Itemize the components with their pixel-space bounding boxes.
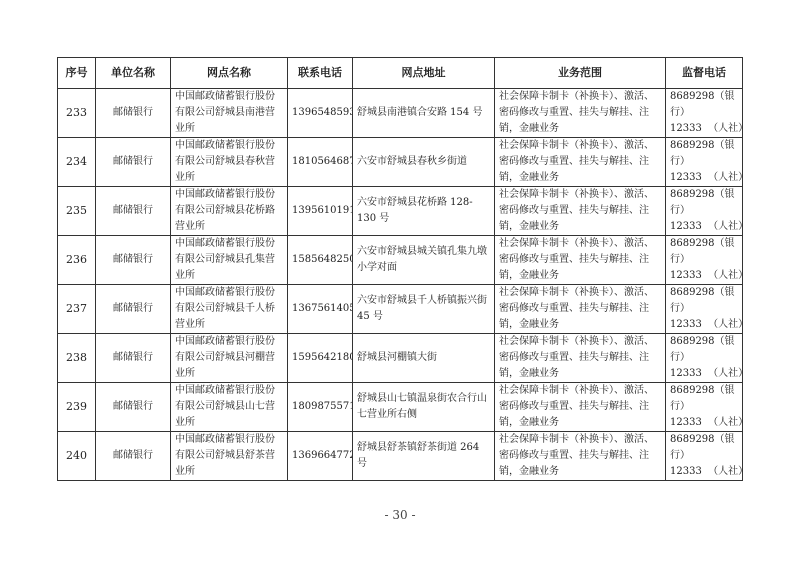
cell-phone: 15856482509 bbox=[288, 236, 353, 285]
cell-branch: 中国邮政储蓄银行股份有限公司舒城县河棚营业所 bbox=[171, 334, 288, 383]
table-row: 237邮储银行中国邮政储蓄银行股份有限公司舒城县千人桥营业所1367561405… bbox=[58, 285, 743, 334]
cell-unit: 邮储银行 bbox=[96, 285, 171, 334]
cell-branch: 中国邮政储蓄银行股份有限公司舒城县花桥路营业所 bbox=[171, 187, 288, 236]
cell-seq: 233 bbox=[58, 89, 96, 138]
cell-phone: 13675614056 bbox=[288, 285, 353, 334]
cell-seq: 240 bbox=[58, 432, 96, 481]
cell-address: 六安市舒城县花桥路 128-130 号 bbox=[353, 187, 495, 236]
supervise-hr: 12333 （人社） bbox=[670, 366, 738, 382]
cell-unit: 邮储银行 bbox=[96, 89, 171, 138]
service-outlets-table: 序号 单位名称 网点名称 联系电话 网点地址 业务范围 监督电话 233邮储银行… bbox=[57, 57, 743, 481]
cell-unit: 邮储银行 bbox=[96, 187, 171, 236]
cell-address: 舒城县山七镇温泉街农合行山七营业所右侧 bbox=[353, 383, 495, 432]
cell-phone: 15956421809 bbox=[288, 334, 353, 383]
table-row: 233邮储银行中国邮政储蓄银行股份有限公司舒城县南港营业所13965485934… bbox=[58, 89, 743, 138]
cell-seq: 235 bbox=[58, 187, 96, 236]
cell-supervise: 8689298（银行）12333 （人社） bbox=[666, 89, 743, 138]
supervise-hr: 12333 （人社） bbox=[670, 219, 738, 235]
header-unit: 单位名称 bbox=[96, 58, 171, 89]
cell-branch: 中国邮政储蓄银行股份有限公司舒城县春秋营业所 bbox=[171, 138, 288, 187]
header-seq: 序号 bbox=[58, 58, 96, 89]
cell-supervise: 8689298（银行）12333 （人社） bbox=[666, 138, 743, 187]
table-row: 239邮储银行中国邮政储蓄银行股份有限公司舒城县山七营业所18098755711… bbox=[58, 383, 743, 432]
cell-unit: 邮储银行 bbox=[96, 432, 171, 481]
header-address: 网点地址 bbox=[353, 58, 495, 89]
supervise-hr: 12333 （人社） bbox=[670, 121, 738, 137]
cell-scope: 社会保障卡制卡（补换卡）、激活、密码修改与重置、挂失与解挂、注销，金融业务 bbox=[495, 187, 666, 236]
cell-seq: 234 bbox=[58, 138, 96, 187]
cell-scope: 社会保障卡制卡（补换卡）、激活、密码修改与重置、挂失与解挂、注销，金融业务 bbox=[495, 285, 666, 334]
supervise-hr: 12333 （人社） bbox=[670, 170, 738, 186]
supervise-bank: 8689298（银行） bbox=[670, 285, 738, 317]
table-row: 240邮储银行中国邮政储蓄银行股份有限公司舒城县舒茶营业所13696647726… bbox=[58, 432, 743, 481]
cell-branch: 中国邮政储蓄银行股份有限公司舒城县舒茶营业所 bbox=[171, 432, 288, 481]
header-branch: 网点名称 bbox=[171, 58, 288, 89]
supervise-bank: 8689298（银行） bbox=[670, 236, 738, 268]
cell-address: 六安市舒城县春秋乡街道 bbox=[353, 138, 495, 187]
cell-address: 舒城县南港镇合安路 154 号 bbox=[353, 89, 495, 138]
cell-scope: 社会保障卡制卡（补换卡）、激活、密码修改与重置、挂失与解挂、注销，金融业务 bbox=[495, 236, 666, 285]
header-row: 序号 单位名称 网点名称 联系电话 网点地址 业务范围 监督电话 bbox=[58, 58, 743, 89]
cell-phone: 13696647726 bbox=[288, 432, 353, 481]
cell-scope: 社会保障卡制卡（补换卡）、激活、密码修改与重置、挂失与解挂、注销，金融业务 bbox=[495, 383, 666, 432]
supervise-bank: 8689298（银行） bbox=[670, 138, 738, 170]
cell-unit: 邮储银行 bbox=[96, 138, 171, 187]
cell-scope: 社会保障卡制卡（补换卡）、激活、密码修改与重置、挂失与解挂、注销，金融业务 bbox=[495, 432, 666, 481]
table-row: 235邮储银行中国邮政储蓄银行股份有限公司舒城县花桥路营业所1395610191… bbox=[58, 187, 743, 236]
supervise-bank: 8689298（银行） bbox=[670, 432, 738, 464]
supervise-bank: 8689298（银行） bbox=[670, 89, 738, 121]
header-supervise: 监督电话 bbox=[666, 58, 743, 89]
cell-unit: 邮储银行 bbox=[96, 334, 171, 383]
cell-supervise: 8689298（银行）12333 （人社） bbox=[666, 285, 743, 334]
supervise-hr: 12333 （人社） bbox=[670, 268, 738, 284]
cell-address: 舒城县河棚镇大街 bbox=[353, 334, 495, 383]
cell-phone: 13965485934 bbox=[288, 89, 353, 138]
cell-supervise: 8689298（银行）12333 （人社） bbox=[666, 236, 743, 285]
cell-seq: 236 bbox=[58, 236, 96, 285]
supervise-bank: 8689298（银行） bbox=[670, 383, 738, 415]
supervise-hr: 12333 （人社） bbox=[670, 317, 738, 333]
page-number: - 30 - bbox=[0, 508, 800, 522]
cell-seq: 239 bbox=[58, 383, 96, 432]
table-row: 234邮储银行中国邮政储蓄银行股份有限公司舒城县春秋营业所18105646876… bbox=[58, 138, 743, 187]
cell-branch: 中国邮政储蓄银行股份有限公司舒城县山七营业所 bbox=[171, 383, 288, 432]
cell-branch: 中国邮政储蓄银行股份有限公司舒城县千人桥营业所 bbox=[171, 285, 288, 334]
cell-seq: 238 bbox=[58, 334, 96, 383]
cell-phone: 18105646876 bbox=[288, 138, 353, 187]
table-row: 238邮储银行中国邮政储蓄银行股份有限公司舒城县河棚营业所15956421809… bbox=[58, 334, 743, 383]
cell-scope: 社会保障卡制卡（补换卡）、激活、密码修改与重置、挂失与解挂、注销，金融业务 bbox=[495, 89, 666, 138]
cell-address: 六安市舒城县千人桥镇振兴街 45 号 bbox=[353, 285, 495, 334]
header-phone: 联系电话 bbox=[288, 58, 353, 89]
supervise-hr: 12333 （人社） bbox=[670, 464, 738, 480]
cell-supervise: 8689298（银行）12333 （人社） bbox=[666, 187, 743, 236]
supervise-hr: 12333 （人社） bbox=[670, 415, 738, 431]
cell-seq: 237 bbox=[58, 285, 96, 334]
cell-unit: 邮储银行 bbox=[96, 383, 171, 432]
cell-phone: 18098755711 bbox=[288, 383, 353, 432]
cell-unit: 邮储银行 bbox=[96, 236, 171, 285]
cell-branch: 中国邮政储蓄银行股份有限公司舒城县孔集营业所 bbox=[171, 236, 288, 285]
cell-supervise: 8689298（银行）12333 （人社） bbox=[666, 432, 743, 481]
cell-address: 六安市舒城县城关镇孔集九墩小学对面 bbox=[353, 236, 495, 285]
cell-branch: 中国邮政储蓄银行股份有限公司舒城县南港营业所 bbox=[171, 89, 288, 138]
cell-scope: 社会保障卡制卡（补换卡）、激活、密码修改与重置、挂失与解挂、注销，金融业务 bbox=[495, 138, 666, 187]
supervise-bank: 8689298（银行） bbox=[670, 334, 738, 366]
cell-address: 舒城县舒茶镇舒茶街道 264 号 bbox=[353, 432, 495, 481]
cell-phone: 13956101911 bbox=[288, 187, 353, 236]
table-row: 236邮储银行中国邮政储蓄银行股份有限公司舒城县孔集营业所15856482509… bbox=[58, 236, 743, 285]
supervise-bank: 8689298（银行） bbox=[670, 187, 738, 219]
cell-supervise: 8689298（银行）12333 （人社） bbox=[666, 383, 743, 432]
cell-supervise: 8689298（银行）12333 （人社） bbox=[666, 334, 743, 383]
cell-scope: 社会保障卡制卡（补换卡）、激活、密码修改与重置、挂失与解挂、注销，金融业务 bbox=[495, 334, 666, 383]
header-scope: 业务范围 bbox=[495, 58, 666, 89]
